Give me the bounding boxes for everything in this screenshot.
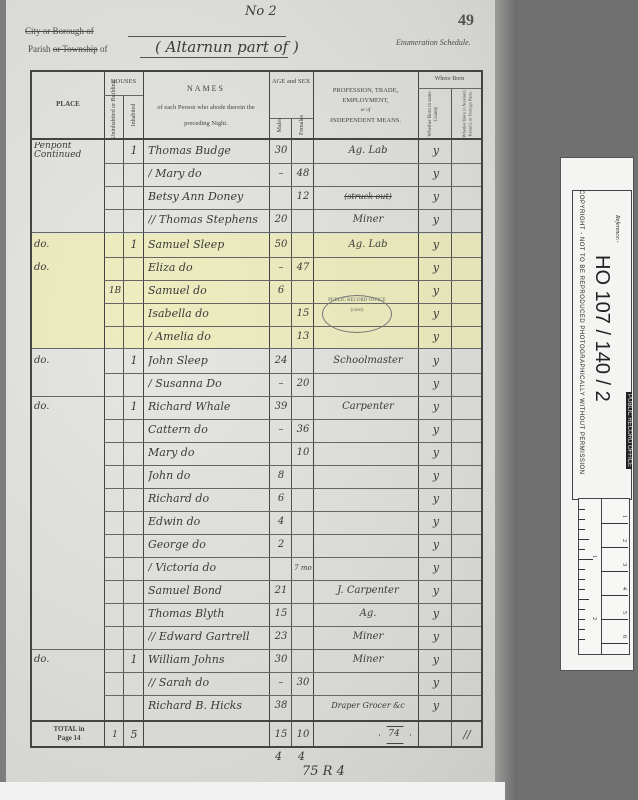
cell-place xyxy=(34,582,104,600)
cell-profession xyxy=(316,513,420,531)
cell-place xyxy=(34,559,104,577)
header-males: Males xyxy=(277,111,283,139)
cell-inhabited xyxy=(124,421,144,439)
cell-profession xyxy=(316,421,420,439)
schedule-label: Enumeration Schedule. xyxy=(396,38,471,47)
cell-profession xyxy=(316,259,420,277)
table-row: // Thomas Stephens20Minery xyxy=(32,209,481,231)
cell-female-age: 13 xyxy=(292,328,314,346)
below-females-note: 4 xyxy=(298,750,305,763)
cell-profession xyxy=(316,165,420,183)
table-row: 1BSamuel do6y xyxy=(32,280,481,302)
cell-place xyxy=(34,165,104,183)
cell-profession: Ag. Lab xyxy=(316,236,420,254)
cell-profession: Ag. Lab xyxy=(316,142,420,160)
cell-same-county: y xyxy=(420,165,452,183)
ruler-cm-1: 1 xyxy=(621,515,627,518)
cell-same-county: y xyxy=(420,421,452,439)
table-row: / Amelia do13y xyxy=(32,326,481,348)
row-divider xyxy=(32,232,481,233)
cell-name: // Edward Gartrell xyxy=(148,628,270,646)
cell-inhabited: 1 xyxy=(124,352,144,370)
cell-male-age: 20 xyxy=(270,211,292,229)
header-females: Females xyxy=(299,111,305,139)
cell-male-age: 24 xyxy=(270,352,292,370)
ruler-cm-3: 3 xyxy=(621,563,627,566)
cell-name: George do xyxy=(148,536,270,554)
cell-inhabited xyxy=(124,582,144,600)
ruler-tick xyxy=(579,619,585,620)
parish-value: ( Altarnun part of ) xyxy=(155,38,299,56)
header-profession: PROFESSION, TRADE, EMPLOYMENT, or of IND… xyxy=(313,86,418,126)
cell-place xyxy=(34,674,104,692)
cell-same-county: y xyxy=(420,236,452,254)
cell-female-age: 30 xyxy=(292,674,314,692)
cell-inhabited xyxy=(124,211,144,229)
reference-prefix: Reference:- xyxy=(614,215,620,243)
cell-place xyxy=(34,211,104,229)
cell-place xyxy=(34,375,104,393)
cell-name: Thomas Budge xyxy=(148,142,270,160)
cell-inhabited xyxy=(124,490,144,508)
cell-female-age: 48 xyxy=(292,165,314,183)
cell-male-age: 15 xyxy=(270,605,292,623)
cell-name: / Susanna Do xyxy=(148,375,270,393)
ruler-tick xyxy=(579,569,585,570)
cell-uninhabited xyxy=(106,165,124,183)
cell-uninhabited xyxy=(106,352,124,370)
cell-name: Eliza do xyxy=(148,259,270,277)
cell-name: Betsy Ann Doney xyxy=(148,188,270,206)
cell-male-age: 2 xyxy=(270,536,292,554)
agesex-divider xyxy=(269,118,313,119)
table-row: Isabella do15y xyxy=(32,303,481,325)
cell-male-age: 30 xyxy=(270,651,292,669)
cell-scotland xyxy=(452,421,482,439)
table-row: / Mary do–48y xyxy=(32,163,481,185)
stamp-crest: (crest) xyxy=(323,306,391,316)
cell-place xyxy=(34,536,104,554)
cell-place: do. xyxy=(34,651,104,669)
cell-same-county: y xyxy=(420,467,452,485)
cell-name: / Victoria do xyxy=(148,559,270,577)
cell-female-age xyxy=(292,605,314,623)
cell-same-county: y xyxy=(420,398,452,416)
ruler-tick xyxy=(579,539,589,540)
cell-uninhabited xyxy=(106,375,124,393)
cell-same-county: y xyxy=(420,582,452,600)
cell-uninhabited xyxy=(106,398,124,416)
table-row: Cattern do–36y xyxy=(32,419,481,441)
cell-scotland xyxy=(452,375,482,393)
ruler-tick xyxy=(579,509,585,510)
page-edge-shadow xyxy=(495,0,517,800)
cell-uninhabited xyxy=(106,421,124,439)
cell-uninhabited xyxy=(106,305,124,323)
cell-inhabited xyxy=(124,305,144,323)
cell-profession xyxy=(316,536,420,554)
cell-female-age: 15 xyxy=(292,305,314,323)
cell-female-age xyxy=(292,352,314,370)
cell-scotland xyxy=(452,536,482,554)
cell-same-county: y xyxy=(420,674,452,692)
total-label-l1: TOTAL in xyxy=(36,725,102,734)
ruler-tick xyxy=(579,519,585,520)
cell-name: / Mary do xyxy=(148,165,270,183)
cell-uninhabited xyxy=(106,628,124,646)
cell-same-county: y xyxy=(420,605,452,623)
cell-same-county: y xyxy=(420,444,452,462)
table-row: Penpont Continued1Thomas Budge30Ag. Laby xyxy=(32,140,481,162)
cell-place xyxy=(34,490,104,508)
table-row: / Susanna Do–20y xyxy=(32,373,481,395)
cell-scotland xyxy=(452,582,482,600)
table-row: do.1William Johns30Minery xyxy=(32,649,481,671)
cell-name: / Amelia do xyxy=(148,328,270,346)
cell-inhabited xyxy=(124,513,144,531)
cell-male-age: – xyxy=(270,421,292,439)
cell-profession xyxy=(316,490,420,508)
table-row: Richard B. Hicks38Draper Grocer &cy xyxy=(32,695,481,717)
ruler-cm-tick xyxy=(602,643,628,644)
cell-scotland xyxy=(452,236,482,254)
cell-name: Cattern do xyxy=(148,421,270,439)
total-females: 10 xyxy=(292,726,314,744)
cell-male-age: 6 xyxy=(270,282,292,300)
ruler-tick xyxy=(579,559,593,560)
cell-uninhabited xyxy=(106,697,124,715)
ruler-tick xyxy=(579,579,585,580)
ruler-cm-tick xyxy=(602,619,628,620)
census-table: PLACE HOUSES Uninhabited or Building Inh… xyxy=(30,70,483,748)
cell-scotland xyxy=(452,674,482,692)
cell-male-age: 21 xyxy=(270,582,292,600)
cell-male-age: 6 xyxy=(270,490,292,508)
cell-inhabited xyxy=(124,375,144,393)
table-row: / Victoria do7 moy xyxy=(32,557,481,579)
cell-place xyxy=(34,421,104,439)
cell-name: Richard do xyxy=(148,490,270,508)
table-row: do.Eliza do–47y xyxy=(32,257,481,279)
cell-male-age: 39 xyxy=(270,398,292,416)
parish-line xyxy=(140,57,288,58)
ruler-cm-6: 6 xyxy=(621,635,627,638)
total-scotland: // xyxy=(452,726,482,744)
cell-place xyxy=(34,628,104,646)
ruler-cm-5: 5 xyxy=(621,611,627,614)
cell-place xyxy=(34,467,104,485)
cell-scotland xyxy=(452,211,482,229)
folio-mark: No 2 xyxy=(245,4,277,19)
cell-scotland xyxy=(452,328,482,346)
header-inhabited: Inhabited xyxy=(131,91,137,139)
cell-scotland xyxy=(452,605,482,623)
table-row: Thomas Blyth15Ag.y xyxy=(32,603,481,625)
cell-name: John do xyxy=(148,467,270,485)
ruler-tick xyxy=(579,609,585,610)
cell-place: do. xyxy=(34,398,104,416)
page-bottom-edge xyxy=(0,782,505,800)
cell-scotland xyxy=(452,444,482,462)
parish-suffix: of xyxy=(100,44,108,54)
cell-female-age: 47 xyxy=(292,259,314,277)
cell-profession xyxy=(316,444,420,462)
cell-profession xyxy=(316,674,420,692)
cell-same-county: y xyxy=(420,352,452,370)
ruler-cm-2: 2 xyxy=(621,539,627,542)
cell-same-county: y xyxy=(420,536,452,554)
header-same-county: Whether Born in same County xyxy=(428,88,440,140)
cell-same-county: y xyxy=(420,259,452,277)
cell-inhabited xyxy=(124,282,144,300)
cell-female-age xyxy=(292,582,314,600)
page-number: 49 xyxy=(458,12,474,30)
cell-profession: Schoolmaster xyxy=(316,352,420,370)
cell-uninhabited: 1B xyxy=(106,282,124,300)
cell-male-age xyxy=(270,305,292,323)
cell-male-age xyxy=(270,188,292,206)
cell-inhabited xyxy=(124,444,144,462)
cell-female-age xyxy=(292,651,314,669)
ruler-tick xyxy=(579,629,585,630)
cell-same-county: y xyxy=(420,188,452,206)
cell-same-county: y xyxy=(420,375,452,393)
cell-same-county: y xyxy=(420,513,452,531)
ruler-cm-tick xyxy=(602,595,628,596)
ruler-tick xyxy=(579,529,585,530)
cell-name: Mary do xyxy=(148,444,270,462)
header-where-born: Where Born xyxy=(418,75,481,83)
cell-inhabited: 1 xyxy=(124,142,144,160)
cell-female-age xyxy=(292,490,314,508)
cell-scotland xyxy=(452,165,482,183)
cell-profession: Draper Grocer &c xyxy=(316,697,420,715)
cell-female-age: 10 xyxy=(292,444,314,462)
cell-scotland xyxy=(452,259,482,277)
cell-female-age xyxy=(292,467,314,485)
record-office-stamp: PUBLIC RECORD OFFICE (crest) xyxy=(322,295,392,333)
cell-profession: Miner xyxy=(316,211,420,229)
cell-scotland xyxy=(452,352,482,370)
cell-name: Isabella do xyxy=(148,305,270,323)
cell-profession: J. Carpenter xyxy=(316,582,420,600)
header-uninhabited: Uninhabited or Building xyxy=(111,91,117,139)
cell-scotland xyxy=(452,142,482,160)
header-profession-l3: or of xyxy=(313,106,418,116)
cell-name: // Sarah do xyxy=(148,674,270,692)
cell-female-age xyxy=(292,513,314,531)
parish-struck: or Township xyxy=(53,44,98,54)
table-row: Edwin do4y xyxy=(32,511,481,533)
cell-uninhabited xyxy=(106,490,124,508)
ruler-cm-4: 4 xyxy=(621,587,627,590)
cell-same-county: y xyxy=(420,697,452,715)
cell-same-county: y xyxy=(420,305,452,323)
header-houses: HOUSES xyxy=(104,78,143,87)
cell-same-county: y xyxy=(420,651,452,669)
table-row: Richard do6y xyxy=(32,488,481,510)
cell-male-age xyxy=(270,559,292,577)
cell-uninhabited xyxy=(106,211,124,229)
cell-male-age: 4 xyxy=(270,513,292,531)
table-row: // Sarah do–30y xyxy=(32,672,481,694)
cell-uninhabited xyxy=(106,444,124,462)
ruler-cm-tick xyxy=(602,571,628,572)
cell-female-age: 12 xyxy=(292,188,314,206)
cell-inhabited xyxy=(124,697,144,715)
below-annotation: 75 R 4 xyxy=(302,764,345,779)
cell-female-age xyxy=(292,697,314,715)
ruler-inch-1: 1 xyxy=(591,555,597,558)
table-row: George do2y xyxy=(32,534,481,556)
cell-same-county: y xyxy=(420,490,452,508)
cell-scotland xyxy=(452,697,482,715)
cell-profession: (struck out) xyxy=(316,188,420,206)
ruler-tick xyxy=(579,549,585,550)
cell-profession xyxy=(316,375,420,393)
houses-divider xyxy=(104,95,143,96)
cell-uninhabited xyxy=(106,328,124,346)
cell-place xyxy=(34,305,104,323)
stamp-text: PUBLIC RECORD OFFICE xyxy=(323,296,391,306)
cell-name: Samuel Sleep xyxy=(148,236,270,254)
cell-scotland xyxy=(452,490,482,508)
table-row: do.1Richard Whale39Carpentery xyxy=(32,396,481,418)
cell-place: do. xyxy=(34,259,104,277)
cell-name: Edwin do xyxy=(148,513,270,531)
cell-name: Samuel Bond xyxy=(148,582,270,600)
ruler-cm-tick xyxy=(602,523,628,524)
city-borough-label: City or Borough of xyxy=(25,26,94,36)
cell-inhabited xyxy=(124,628,144,646)
cell-place xyxy=(34,328,104,346)
header-place: PLACE xyxy=(32,100,104,109)
cell-female-age xyxy=(292,282,314,300)
cell-uninhabited xyxy=(106,559,124,577)
cell-female-age xyxy=(292,398,314,416)
parish-label: Parish or Township of xyxy=(28,44,107,54)
cell-name: // Thomas Stephens xyxy=(148,211,270,229)
ruler-inch-2: 2 xyxy=(591,617,597,620)
table-row: do.1Samuel Sleep50Ag. Laby xyxy=(32,234,481,256)
cell-female-age: 7 mo xyxy=(292,559,314,577)
table-row: Mary do10y xyxy=(32,442,481,464)
cell-scotland xyxy=(452,305,482,323)
cell-uninhabited xyxy=(106,236,124,254)
cell-name: William Johns xyxy=(148,651,270,669)
cell-profession xyxy=(316,559,420,577)
cell-female-age xyxy=(292,236,314,254)
cell-male-age: – xyxy=(270,375,292,393)
ruler-cm-tick xyxy=(602,547,628,548)
cell-male-age: 23 xyxy=(270,628,292,646)
cell-male-age: – xyxy=(270,674,292,692)
cell-male-age xyxy=(270,328,292,346)
ruler-tick xyxy=(579,599,589,600)
total-profession-box: 74 xyxy=(379,725,409,743)
cell-female-age: 20 xyxy=(292,375,314,393)
cell-male-age: 38 xyxy=(270,697,292,715)
header-profession-l1: PROFESSION, TRADE, xyxy=(313,86,418,96)
cell-name: Richard B. Hicks xyxy=(148,697,270,715)
cell-profession: Ag. xyxy=(316,605,420,623)
cell-male-age: 30 xyxy=(270,142,292,160)
cell-inhabited xyxy=(124,259,144,277)
cell-place xyxy=(34,605,104,623)
cell-inhabited: 1 xyxy=(124,398,144,416)
cell-male-age: – xyxy=(270,259,292,277)
cell-scotland xyxy=(452,188,482,206)
cell-name: Thomas Blyth xyxy=(148,605,270,623)
ruler-tick xyxy=(579,639,585,640)
total-inhabited: 5 xyxy=(124,726,144,744)
scale-ruler: 1 2 1 2 3 4 5 6 xyxy=(578,498,630,655)
cell-female-age xyxy=(292,536,314,554)
parish-prefix: Parish xyxy=(28,44,51,54)
table-row: John do8y xyxy=(32,465,481,487)
cell-uninhabited xyxy=(106,259,124,277)
cell-uninhabited xyxy=(106,513,124,531)
cell-place: do. xyxy=(34,236,104,254)
total-uninhabited: 1 xyxy=(106,726,124,744)
cell-inhabited xyxy=(124,328,144,346)
ruler-tick xyxy=(579,589,585,590)
city-borough-line xyxy=(128,36,286,37)
cell-inhabited xyxy=(124,165,144,183)
cell-place xyxy=(34,444,104,462)
cell-uninhabited xyxy=(106,467,124,485)
cell-place xyxy=(34,188,104,206)
header-names-sub: of each Person who abode therein the pre… xyxy=(147,100,265,132)
cell-inhabited xyxy=(124,605,144,623)
cell-place xyxy=(34,513,104,531)
record-office-label: PUBLIC RECORD OFFICE xyxy=(626,392,632,469)
table-row: // Edward Gartrell23Minery xyxy=(32,626,481,648)
cell-scotland xyxy=(452,282,482,300)
total-males: 15 xyxy=(270,726,292,744)
cell-scotland xyxy=(452,559,482,577)
page-binding xyxy=(0,0,6,800)
cell-scotland xyxy=(452,398,482,416)
below-males-note: 4 xyxy=(275,750,282,763)
cell-place: Penpont Continued xyxy=(34,142,104,160)
cell-uninhabited xyxy=(106,536,124,554)
cell-place: do. xyxy=(34,352,104,370)
cell-same-county: y xyxy=(420,211,452,229)
cell-profession: Miner xyxy=(316,651,420,669)
cell-male-age: 50 xyxy=(270,236,292,254)
cell-uninhabited xyxy=(106,582,124,600)
table-row: do.1John Sleep24Schoolmastery xyxy=(32,350,481,372)
cell-inhabited xyxy=(124,467,144,485)
cell-scotland xyxy=(452,467,482,485)
row-divider xyxy=(32,348,481,349)
cell-inhabited xyxy=(124,674,144,692)
cell-name: Richard Whale xyxy=(148,398,270,416)
cell-same-county: y xyxy=(420,282,452,300)
header-profession-l4: INDEPENDENT MEANS. xyxy=(313,116,418,126)
cell-uninhabited xyxy=(106,651,124,669)
cell-female-age xyxy=(292,628,314,646)
cell-male-age xyxy=(270,444,292,462)
cell-female-age xyxy=(292,142,314,160)
cell-female-age: 36 xyxy=(292,421,314,439)
cell-place xyxy=(34,697,104,715)
cell-inhabited xyxy=(124,188,144,206)
copyright-notice: COPYRIGHT - NOT TO BE REPRODUCED PHOTOGR… xyxy=(578,190,584,475)
total-row: TOTAL in Page 14 1 5 15 10 74 // xyxy=(32,722,481,748)
cell-uninhabited xyxy=(106,142,124,160)
